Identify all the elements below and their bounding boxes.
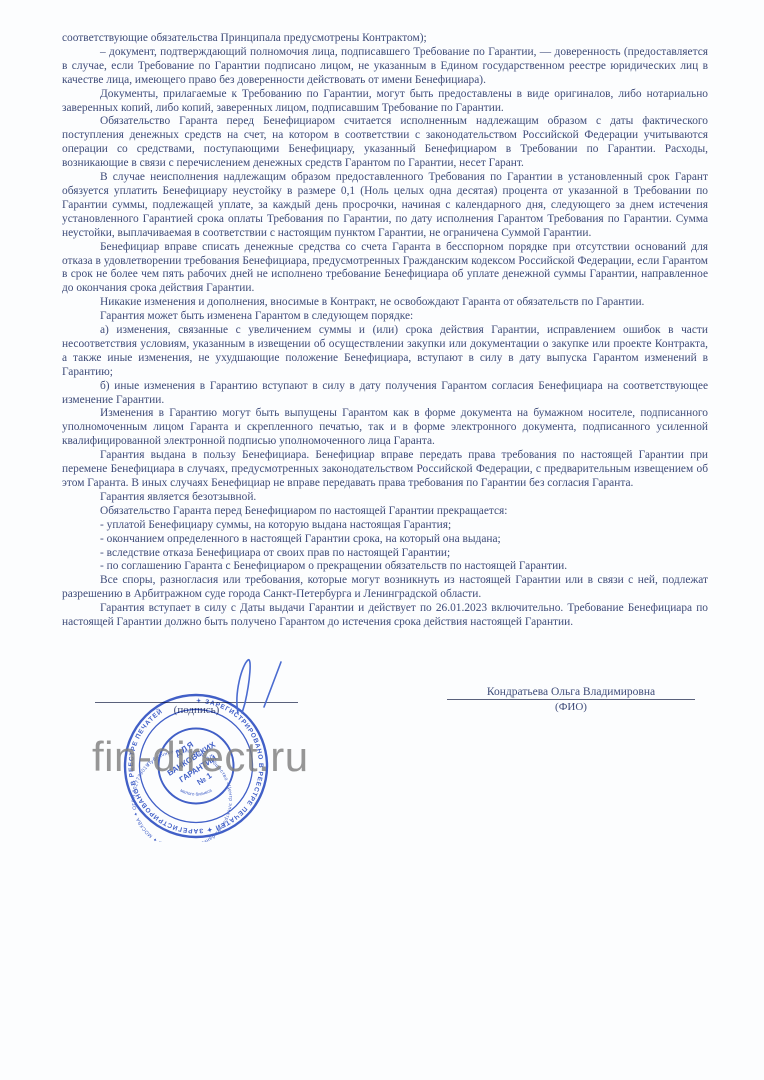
- paragraph: а) изменения, связанные с увеличением су…: [62, 324, 708, 380]
- paragraph: Никакие изменения и дополнения, вносимые…: [62, 296, 708, 310]
- paragraph: В случае неисполнения надлежащим образом…: [62, 171, 708, 241]
- paragraph: Гарантия может быть изменена Гарантом в …: [62, 310, 708, 324]
- paragraph: Документы, прилагаемые к Требованию по Г…: [62, 88, 708, 116]
- signature-block-right: Кондратьева Ольга Владимировна (ФИО): [447, 686, 695, 713]
- stamp-tiny-arc-text: малого бизнеса: [179, 787, 213, 796]
- paragraph: – документ, подтверждающий полномочия ли…: [62, 46, 708, 88]
- paragraph: - уплатой Бенефициару суммы, на которую …: [62, 519, 708, 533]
- signature-right-caption: (ФИО): [447, 701, 695, 713]
- paragraph: Все споры, разногласия или требования, к…: [62, 574, 708, 602]
- paragraph: - окончанием определенного в настоящей Г…: [62, 533, 708, 547]
- paragraph: Гарантия является безотзывной.: [62, 491, 708, 505]
- paragraph: Бенефициар вправе списать денежные средс…: [62, 241, 708, 297]
- paragraph: - вследствие отказа Бенефициара от своих…: [62, 547, 708, 561]
- paragraph: Обязательство Гаранта перед Бенефициаром…: [62, 505, 708, 519]
- paragraph: - по соглашению Гаранта с Бенефициаром о…: [62, 560, 708, 574]
- paragraph: Изменения в Гарантию могут быть выпущены…: [62, 407, 708, 449]
- paragraph: Гарантия выдана в пользу Бенефициара. Бе…: [62, 449, 708, 491]
- document-body: соответствующие обязательства Принципала…: [62, 32, 708, 630]
- paragraph: б) иные изменения в Гарантию вступают в …: [62, 380, 708, 408]
- svg-text:малого бизнеса: малого бизнеса: [179, 787, 213, 796]
- paragraph: соответствующие обязательства Принципала…: [62, 32, 708, 46]
- signatory-name: Кондратьева Ольга Владимировна: [447, 686, 695, 700]
- handwritten-signature: [225, 653, 295, 719]
- scanned-document-page: соответствующие обязательства Принципала…: [0, 0, 764, 1080]
- paragraph: Обязательство Гаранта перед Бенефициаром…: [62, 115, 708, 171]
- paragraph: Гарантия вступает в силу с Даты выдачи Г…: [62, 602, 708, 630]
